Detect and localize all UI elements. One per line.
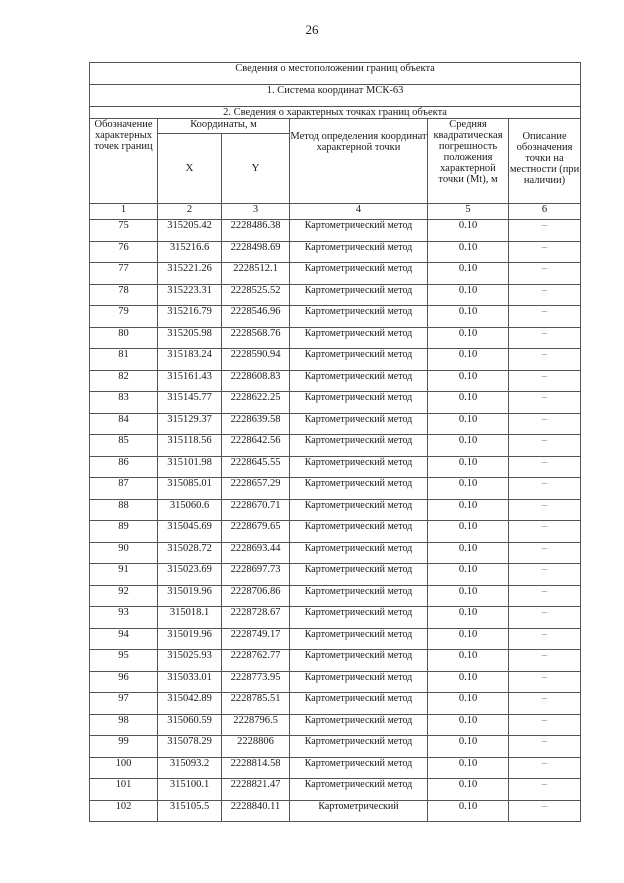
x-coordinate: 315025.93 xyxy=(158,650,222,672)
error-value: 0.10 xyxy=(428,392,509,414)
method: Картометрический метод xyxy=(290,650,428,672)
method: Картометрический метод xyxy=(290,370,428,392)
table-row: 85315118.562228642.56Картометрический ме… xyxy=(90,435,581,457)
error-value: 0.10 xyxy=(428,306,509,328)
header-description: Описание обозначения точки на местности … xyxy=(509,119,581,204)
point-id: 82 xyxy=(90,370,158,392)
point-id: 78 xyxy=(90,284,158,306)
x-coordinate: 315078.29 xyxy=(158,736,222,758)
table-row: 96315033.012228773.95Картометрический ме… xyxy=(90,671,581,693)
table-row: 95315025.932228762.77Картометрический ме… xyxy=(90,650,581,672)
y-coordinate: 2228568.76 xyxy=(222,327,290,349)
method: Картометрический метод xyxy=(290,542,428,564)
x-coordinate: 315093.2 xyxy=(158,757,222,779)
point-id: 93 xyxy=(90,607,158,629)
point-id: 79 xyxy=(90,306,158,328)
error-value: 0.10 xyxy=(428,628,509,650)
y-coordinate: 2228608.83 xyxy=(222,370,290,392)
point-id: 102 xyxy=(90,800,158,822)
description: – xyxy=(509,693,581,715)
y-coordinate: 2228796.5 xyxy=(222,714,290,736)
x-coordinate: 315028.72 xyxy=(158,542,222,564)
header-y: Y xyxy=(222,134,290,204)
table-row: 80315205.982228568.76Картометрический ме… xyxy=(90,327,581,349)
table-row: 93315018.12228728.67Картометрический мет… xyxy=(90,607,581,629)
x-coordinate: 315223.31 xyxy=(158,284,222,306)
error-value: 0.10 xyxy=(428,456,509,478)
error-value: 0.10 xyxy=(428,349,509,371)
table-row: 100315093.22228814.58Картометрический ме… xyxy=(90,757,581,779)
table-row: 75315205.422228486.38Картометрический ме… xyxy=(90,220,581,242)
y-coordinate: 2228706.86 xyxy=(222,585,290,607)
point-id: 95 xyxy=(90,650,158,672)
error-value: 0.10 xyxy=(428,263,509,285)
error-value: 0.10 xyxy=(428,779,509,801)
x-coordinate: 315216.79 xyxy=(158,306,222,328)
point-id: 99 xyxy=(90,736,158,758)
method: Картометрический метод xyxy=(290,456,428,478)
error-value: 0.10 xyxy=(428,435,509,457)
method: Картометрический метод xyxy=(290,349,428,371)
y-coordinate: 2228512.1 xyxy=(222,263,290,285)
method: Картометрический метод xyxy=(290,671,428,693)
method: Картометрический метод xyxy=(290,564,428,586)
y-coordinate: 2228498.69 xyxy=(222,241,290,263)
x-coordinate: 315085.01 xyxy=(158,478,222,500)
description: – xyxy=(509,564,581,586)
point-id: 92 xyxy=(90,585,158,607)
column-numbers-row: 1 2 3 4 5 6 xyxy=(90,204,581,220)
y-coordinate: 2228821.47 xyxy=(222,779,290,801)
page-number: 26 xyxy=(0,22,624,38)
table-title: Сведения о местоположении границ объекта xyxy=(90,63,581,85)
x-coordinate: 315019.96 xyxy=(158,628,222,650)
error-value: 0.10 xyxy=(428,542,509,564)
points-section-heading: 2. Сведения о характерных точках границ … xyxy=(90,107,581,119)
error-value: 0.10 xyxy=(428,671,509,693)
description: – xyxy=(509,628,581,650)
point-id: 96 xyxy=(90,671,158,693)
y-coordinate: 2228728.67 xyxy=(222,607,290,629)
x-coordinate: 315216.6 xyxy=(158,241,222,263)
method: Картометрический метод xyxy=(290,241,428,263)
description: – xyxy=(509,478,581,500)
y-coordinate: 2228645.55 xyxy=(222,456,290,478)
table-row: 87315085.012228657.29Картометрический ме… xyxy=(90,478,581,500)
x-coordinate: 315205.42 xyxy=(158,220,222,242)
y-coordinate: 2228525.52 xyxy=(222,284,290,306)
y-coordinate: 2228486.38 xyxy=(222,220,290,242)
description: – xyxy=(509,757,581,779)
method: Картометрический метод xyxy=(290,757,428,779)
x-coordinate: 315019.96 xyxy=(158,585,222,607)
point-id: 77 xyxy=(90,263,158,285)
method: Картометрический метод xyxy=(290,413,428,435)
description: – xyxy=(509,671,581,693)
y-coordinate: 2228693.44 xyxy=(222,542,290,564)
error-value: 0.10 xyxy=(428,220,509,242)
point-id: 83 xyxy=(90,392,158,414)
method: Картометрический метод xyxy=(290,435,428,457)
column-number: 6 xyxy=(509,204,581,220)
method: Картометрический метод xyxy=(290,628,428,650)
x-coordinate: 315129.37 xyxy=(158,413,222,435)
y-coordinate: 2228622.25 xyxy=(222,392,290,414)
table-row: 97315042.892228785.51Картометрический ме… xyxy=(90,693,581,715)
description: – xyxy=(509,585,581,607)
point-id: 88 xyxy=(90,499,158,521)
column-number: 3 xyxy=(222,204,290,220)
x-coordinate: 315105.5 xyxy=(158,800,222,822)
description: – xyxy=(509,349,581,371)
coordinate-system: 1. Система координат МСК-63 xyxy=(90,85,581,107)
error-value: 0.10 xyxy=(428,521,509,543)
description: – xyxy=(509,435,581,457)
description: – xyxy=(509,499,581,521)
table-row: 90315028.722228693.44Картометрический ме… xyxy=(90,542,581,564)
x-coordinate: 315221.26 xyxy=(158,263,222,285)
method: Картометрический метод xyxy=(290,499,428,521)
table-row: 82315161.432228608.83Картометрический ме… xyxy=(90,370,581,392)
table-row: 83315145.772228622.25Картометрический ме… xyxy=(90,392,581,414)
y-coordinate: 2228639.58 xyxy=(222,413,290,435)
description: – xyxy=(509,370,581,392)
x-coordinate: 315145.77 xyxy=(158,392,222,414)
description: – xyxy=(509,542,581,564)
method: Картометрический метод xyxy=(290,263,428,285)
method: Картометрический метод xyxy=(290,779,428,801)
description: – xyxy=(509,800,581,822)
x-coordinate: 315045.69 xyxy=(158,521,222,543)
y-coordinate: 2228749.17 xyxy=(222,628,290,650)
method: Картометрический метод xyxy=(290,478,428,500)
table-row: 86315101.982228645.55Картометрический ме… xyxy=(90,456,581,478)
error-value: 0.10 xyxy=(428,585,509,607)
error-value: 0.10 xyxy=(428,714,509,736)
method: Картометрический xyxy=(290,800,428,822)
description: – xyxy=(509,456,581,478)
description: – xyxy=(509,607,581,629)
error-value: 0.10 xyxy=(428,800,509,822)
x-coordinate: 315018.1 xyxy=(158,607,222,629)
description: – xyxy=(509,241,581,263)
column-number: 1 xyxy=(90,204,158,220)
y-coordinate: 2228840.11 xyxy=(222,800,290,822)
table-row: 94315019.962228749.17Картометрический ме… xyxy=(90,628,581,650)
column-number: 4 xyxy=(290,204,428,220)
description: – xyxy=(509,521,581,543)
column-number: 2 xyxy=(158,204,222,220)
description: – xyxy=(509,220,581,242)
point-id: 90 xyxy=(90,542,158,564)
method: Картометрический метод xyxy=(290,585,428,607)
point-id: 81 xyxy=(90,349,158,371)
method: Картометрический метод xyxy=(290,327,428,349)
point-id: 84 xyxy=(90,413,158,435)
description: – xyxy=(509,779,581,801)
table-row: 101315100.12228821.47Картометрический ме… xyxy=(90,779,581,801)
x-coordinate: 315161.43 xyxy=(158,370,222,392)
point-id: 87 xyxy=(90,478,158,500)
point-id: 100 xyxy=(90,757,158,779)
description: – xyxy=(509,263,581,285)
x-coordinate: 315060.6 xyxy=(158,499,222,521)
method: Картометрический метод xyxy=(290,607,428,629)
table-row: 91315023.692228697.73Картометрический ме… xyxy=(90,564,581,586)
y-coordinate: 2228773.95 xyxy=(222,671,290,693)
description: – xyxy=(509,327,581,349)
table-row: 78315223.312228525.52Картометрический ме… xyxy=(90,284,581,306)
table-row: 84315129.372228639.58Картометрический ме… xyxy=(90,413,581,435)
method: Картометрический метод xyxy=(290,693,428,715)
method: Картометрический метод xyxy=(290,220,428,242)
y-coordinate: 2228806 xyxy=(222,736,290,758)
point-id: 86 xyxy=(90,456,158,478)
error-value: 0.10 xyxy=(428,650,509,672)
table-row: 79315216.792228546.96Картометрический ме… xyxy=(90,306,581,328)
method: Картометрический метод xyxy=(290,306,428,328)
header-designation: Обозначение характерных точек границ xyxy=(90,119,158,204)
y-coordinate: 2228697.73 xyxy=(222,564,290,586)
y-coordinate: 2228762.77 xyxy=(222,650,290,672)
point-id: 94 xyxy=(90,628,158,650)
x-coordinate: 315033.01 xyxy=(158,671,222,693)
header-method: Метод определения координат характерной … xyxy=(290,119,428,204)
description: – xyxy=(509,306,581,328)
x-coordinate: 315118.56 xyxy=(158,435,222,457)
point-id: 91 xyxy=(90,564,158,586)
x-coordinate: 315042.89 xyxy=(158,693,222,715)
description: – xyxy=(509,736,581,758)
table-row: 77315221.262228512.1Картометрический мет… xyxy=(90,263,581,285)
error-value: 0.10 xyxy=(428,370,509,392)
y-coordinate: 2228814.58 xyxy=(222,757,290,779)
error-value: 0.10 xyxy=(428,413,509,435)
description: – xyxy=(509,650,581,672)
error-value: 0.10 xyxy=(428,693,509,715)
point-id: 80 xyxy=(90,327,158,349)
y-coordinate: 2228785.51 xyxy=(222,693,290,715)
point-id: 76 xyxy=(90,241,158,263)
y-coordinate: 2228679.65 xyxy=(222,521,290,543)
y-coordinate: 2228642.56 xyxy=(222,435,290,457)
point-id: 89 xyxy=(90,521,158,543)
error-value: 0.10 xyxy=(428,327,509,349)
point-id: 85 xyxy=(90,435,158,457)
y-coordinate: 2228670.71 xyxy=(222,499,290,521)
point-id: 75 xyxy=(90,220,158,242)
table-row: 88315060.62228670.71Картометрический мет… xyxy=(90,499,581,521)
description: – xyxy=(509,413,581,435)
x-coordinate: 315183.24 xyxy=(158,349,222,371)
table-row: 76315216.62228498.69Картометрический мет… xyxy=(90,241,581,263)
point-id: 101 xyxy=(90,779,158,801)
y-coordinate: 2228657.29 xyxy=(222,478,290,500)
y-coordinate: 2228590.94 xyxy=(222,349,290,371)
header-coordinates: Координаты, м xyxy=(158,119,290,134)
x-coordinate: 315023.69 xyxy=(158,564,222,586)
header-error: Средняя квадратическая погрешность полож… xyxy=(428,119,509,204)
description: – xyxy=(509,714,581,736)
method: Картометрический метод xyxy=(290,521,428,543)
y-coordinate: 2228546.96 xyxy=(222,306,290,328)
description: – xyxy=(509,392,581,414)
error-value: 0.10 xyxy=(428,564,509,586)
table-row: 89315045.692228679.65Картометрический ме… xyxy=(90,521,581,543)
error-value: 0.10 xyxy=(428,757,509,779)
error-value: 0.10 xyxy=(428,607,509,629)
table-row: 92315019.962228706.86Картометрический ме… xyxy=(90,585,581,607)
x-coordinate: 315205.98 xyxy=(158,327,222,349)
error-value: 0.10 xyxy=(428,241,509,263)
table-row: 98315060.592228796.5Картометрический мет… xyxy=(90,714,581,736)
method: Картометрический метод xyxy=(290,392,428,414)
description: – xyxy=(509,284,581,306)
error-value: 0.10 xyxy=(428,284,509,306)
x-coordinate: 315100.1 xyxy=(158,779,222,801)
method: Картометрический метод xyxy=(290,736,428,758)
error-value: 0.10 xyxy=(428,499,509,521)
error-value: 0.10 xyxy=(428,478,509,500)
method: Картометрический метод xyxy=(290,284,428,306)
table-row: 102315105.52228840.11Картометрический0.1… xyxy=(90,800,581,822)
column-number: 5 xyxy=(428,204,509,220)
x-coordinate: 315101.98 xyxy=(158,456,222,478)
header-x: X xyxy=(158,134,222,204)
error-value: 0.10 xyxy=(428,736,509,758)
point-id: 97 xyxy=(90,693,158,715)
point-id: 98 xyxy=(90,714,158,736)
table-row: 99315078.292228806Картометрический метод… xyxy=(90,736,581,758)
table-row: 81315183.242228590.94Картометрический ме… xyxy=(90,349,581,371)
method: Картометрический метод xyxy=(290,714,428,736)
x-coordinate: 315060.59 xyxy=(158,714,222,736)
boundary-points-table: Сведения о местоположении границ объекта… xyxy=(89,62,581,822)
